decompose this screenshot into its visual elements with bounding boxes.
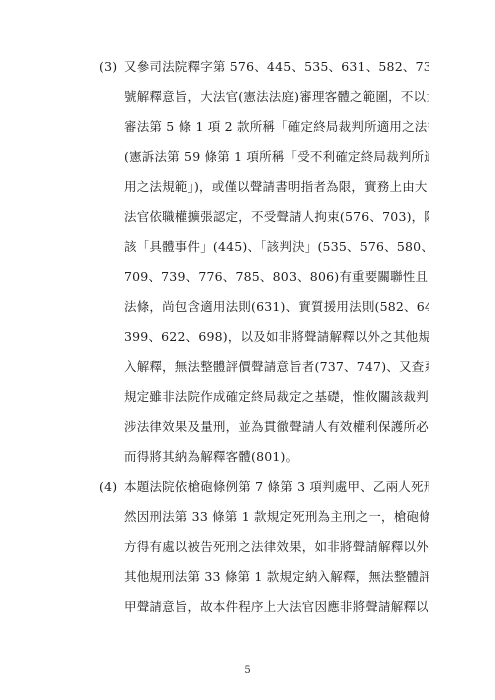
paragraph-4: (4) 本題法院依槍砲條例第 7 條第 3 項判處甲、乙兩人死刑， 然因刑法第 … [99, 472, 429, 622]
paragraph-3-label: (3) [99, 52, 117, 82]
text-line: 法官依職權擴張認定，不受聲請人拘束(576、703)，除與 [124, 202, 429, 232]
text-line: 方得有處以被告死刑之法律效果，如非將聲請解釋以外之 [124, 532, 429, 562]
paragraph-4-label: (4) [99, 472, 117, 502]
text-line: 709、739、776、785、803、806)有重要關聯性且必要之 [124, 262, 429, 292]
text-line: 399、622、698)，以及如非將聲請解釋以外之其他規定納 [124, 322, 429, 352]
text-line: 而得將其納為解釋客體(801)。 [124, 442, 429, 472]
document-page: (3) 又參司法院釋字第 576、445、535、631、582、737、801… [0, 0, 495, 700]
text-line: 號解釋意旨，大法官(憲法法庭)審理客體之範圍，不以大 [124, 82, 429, 112]
page-footer: 5 [0, 658, 495, 677]
document-body: (3) 又參司法院釋字第 576、445、535、631、582、737、801… [99, 52, 429, 622]
text-line: 入解釋，無法整體評價聲請意旨者(737、747)、又查系爭 [124, 352, 429, 382]
text-line: 該「具體事件」(445)、「該判決」(535、576、580、703、 [124, 232, 429, 262]
text-line: 然因刑法第 33 條第 1 款規定死刑為主刑之一，槍砲條例 [124, 502, 429, 532]
text-line: (憲訴法第 59 條第 1 項所稱「受不利確定終局裁判所適 [124, 142, 429, 172]
text-line: 法條，尚包含適用法則(631)、實質援用法則(582、644、 [124, 292, 429, 322]
text-line: 審法第 5 條 1 項 2 款所稱「確定終局裁判所適用之法律」 [124, 112, 429, 142]
text-line: 其他規刑法第 33 條第 1 款規定納入解釋，無法整體評價 [124, 562, 429, 592]
text-line: 又參司法院釋字第 576、445、535、631、582、737、801 [124, 52, 429, 82]
paragraph-3: (3) 又參司法院釋字第 576、445、535、631、582、737、801… [99, 52, 429, 472]
text-line: 用之法規範」)，或僅以聲請書明指者為限，實務上由大 [124, 172, 429, 202]
text-line: 涉法律效果及量刑，並為貫徹聲請人有效權利保護所必要 [124, 412, 429, 442]
text-line: 規定雖非法院作成確定終局裁定之基礎，惟攸關該裁判所 [124, 382, 429, 412]
page-number: 5 [244, 665, 250, 676]
text-line: 甲聲請意旨，故本件程序上大法官因應非將聲請解釋以外 [124, 592, 429, 622]
text-line: 本題法院依槍砲條例第 7 條第 3 項判處甲、乙兩人死刑， [124, 472, 429, 502]
